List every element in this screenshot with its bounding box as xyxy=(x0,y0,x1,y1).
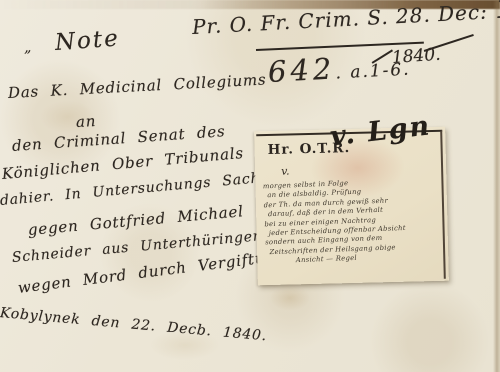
header-docket-number: 642. a.1-6. xyxy=(267,48,411,89)
note-heading: Note xyxy=(54,26,120,56)
note-line: an xyxy=(76,112,97,131)
page-right-crease xyxy=(493,0,500,372)
slip-signature: v. Lgn xyxy=(329,110,433,152)
slip-body: morgen selbst in Folge an die alsbaldig.… xyxy=(263,176,442,267)
note-line: Das K. Medicinal Collegiums xyxy=(8,70,267,102)
note-quote-mark: „ xyxy=(24,40,32,56)
manuscript-page: Pr. O. Fr. Crim. S. 28. Dec: 16 1840. 64… xyxy=(0,0,500,372)
header-day: 16 xyxy=(494,0,500,25)
paper-stain xyxy=(270,285,310,311)
slip-salutation: v. xyxy=(281,165,290,178)
docket-number-text: 642 xyxy=(267,51,336,88)
header-docket-prefix: Pr. O. Fr. Crim. S. 28. Dec: xyxy=(192,0,489,39)
note-line: Kobylynek den 22. Decb. 1840. xyxy=(0,305,268,344)
header-docket-line: Pr. O. Fr. Crim. S. 28. Dec: 16 xyxy=(191,0,500,41)
docket-suffix-text: . a.1-6. xyxy=(335,60,411,84)
pasted-note-slip: Hr. O.T.R. v. Lgn v. morgen selbst in Fo… xyxy=(254,127,449,286)
